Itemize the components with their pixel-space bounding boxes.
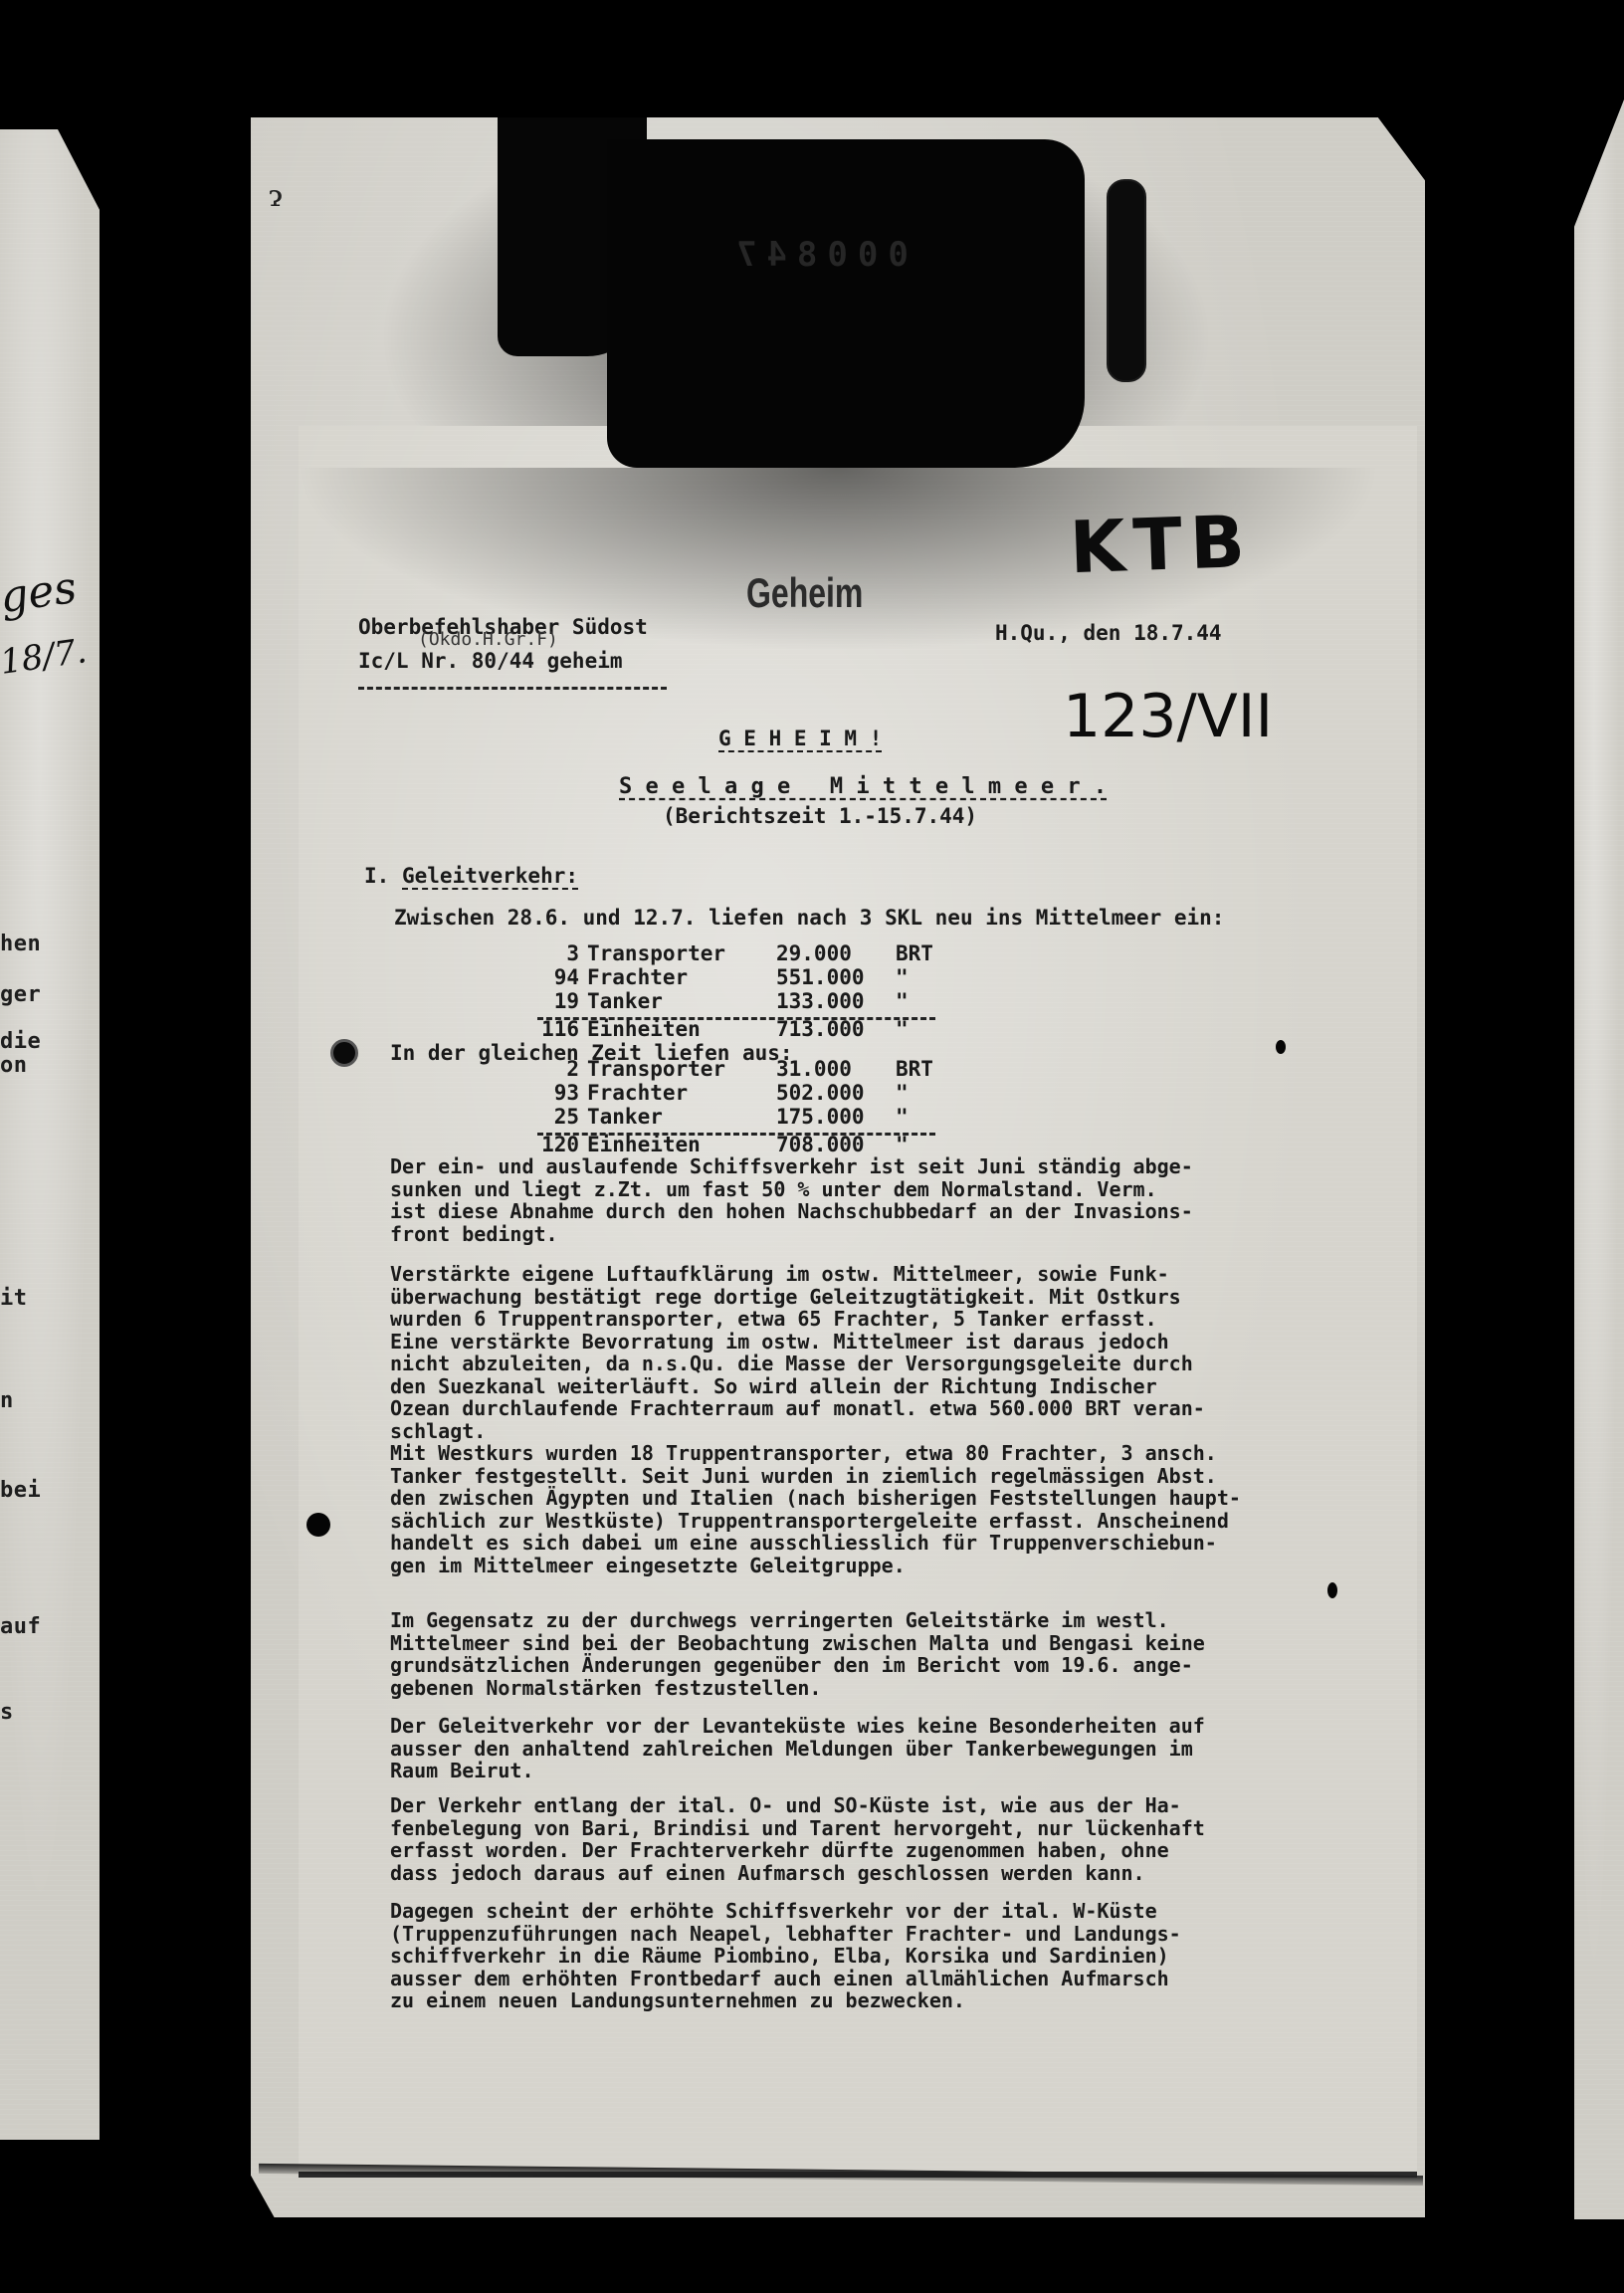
paragraph-line: Eine verstärkte Bevorratung im ostw. Mit…: [390, 1330, 1169, 1355]
paragraph-line: schlagt.: [390, 1419, 486, 1444]
ship-count: 25: [500, 1105, 579, 1129]
paragraph-line: schiffverkehr in die Räume Piombino, Elb…: [390, 1944, 1169, 1969]
left-page-fragment: it: [0, 1286, 28, 1311]
paragraph-line: dass jedoch daraus auf einen Aufmarsch g…: [390, 1861, 1145, 1886]
paragraph-line: Raum Beirut.: [390, 1759, 534, 1783]
tonnage-unit: ": [896, 1081, 909, 1105]
classification-heading: G E H E I M !: [718, 727, 882, 751]
left-page-fragment: die: [0, 1029, 41, 1054]
document-title: S e e l a g e M i t t e l m e e r .: [619, 774, 1107, 799]
paragraph-line: den Suezkanal weiterläuft. So wird allei…: [390, 1374, 1157, 1399]
ship-type: Frachter: [587, 965, 688, 989]
ship-type: Frachter: [587, 1081, 688, 1105]
tonnage: 175.000: [776, 1105, 865, 1129]
paragraph-line: Mittelmeer sind bei der Beobachtung zwis…: [390, 1631, 1205, 1656]
left-page-fragment: bei: [0, 1478, 41, 1503]
tonnage: 133.000: [776, 989, 865, 1013]
paragraph-line: Verstärkte eigene Luftaufklärung im ostw…: [390, 1262, 1169, 1287]
ship-count: 2: [500, 1057, 579, 1081]
section-number: I.: [364, 864, 389, 889]
paragraph-line: den zwischen Ägypten und Italien (nach b…: [390, 1486, 1241, 1511]
paragraph-line: Der Geleitverkehr vor der Levanteküste w…: [390, 1714, 1205, 1739]
paragraph-line: grundsätzlichen Änderungen gegenüber den…: [390, 1653, 1193, 1678]
left-adjacent-page: ges 18/7. hen ger die on it n bei auf s: [0, 129, 100, 2140]
stamp-device-wheel: [1107, 179, 1146, 382]
paragraph-line: gebenen Normalstärken festzustellen.: [390, 1676, 821, 1701]
paragraph-line: gen im Mittelmeer eingesetzte Geleitgrup…: [390, 1554, 906, 1578]
tonnage: 708.000: [776, 1133, 865, 1156]
ship-type: Transporter: [587, 941, 725, 965]
ship-count: 3: [500, 941, 579, 965]
paragraph-line: Ozean durchlaufende Frachterraum auf mon…: [390, 1396, 1205, 1421]
tonnage-unit: ": [896, 965, 909, 989]
paragraph-line: (Truppenzuführungen nach Neapel, lebhaft…: [390, 1922, 1181, 1947]
left-page-fragment: on: [0, 1053, 28, 1078]
left-page-fragment: n: [0, 1388, 14, 1413]
paragraph-line: sunken und liegt z.Zt. um fast 50 % unte…: [390, 1177, 1157, 1202]
tonnage: 502.000: [776, 1081, 865, 1105]
ship-count: 19: [500, 989, 579, 1013]
tonnage-unit: ": [896, 989, 909, 1013]
paragraph-line: ausser den anhaltend zahlreichen Meldung…: [390, 1737, 1193, 1762]
stamp-counter: 000847: [726, 235, 909, 275]
ship-count: 120: [500, 1133, 579, 1156]
left-page-fragment: ger: [0, 982, 41, 1007]
section-intro: Zwischen 28.6. und 12.7. liefen nach 3 S…: [394, 906, 1224, 931]
handwritten-file-number: 123/VII: [1063, 682, 1273, 751]
left-page-handwriting-1: ges: [0, 562, 80, 623]
paragraph-line: Tanker festgestellt. Seit Juni wurden in…: [390, 1464, 1217, 1489]
ship-count: 93: [500, 1081, 579, 1105]
ship-type: Einheiten: [587, 1133, 701, 1156]
left-page-handwriting-2: 18/7.: [0, 631, 90, 683]
ship-type: Tanker: [587, 989, 663, 1013]
ink-spot: [1276, 1040, 1286, 1054]
paragraph-line: ausser dem erhöhten Frontbedarf auch ein…: [390, 1967, 1169, 1991]
paragraph-line: Im Gegensatz zu der durchwegs verringert…: [390, 1608, 1169, 1633]
tonnage: 31.000: [776, 1057, 852, 1081]
header-rule: [358, 687, 667, 690]
paragraph-line: front bedingt.: [390, 1222, 558, 1247]
handwritten-ktb: KTB: [1069, 500, 1255, 589]
right-adjacent-page: [1574, 100, 1624, 2219]
sender-line-2: Ic/L Nr. 80/44 geheim: [358, 649, 623, 674]
punch-hole: [330, 1039, 358, 1067]
tonnage-unit: ": [896, 1017, 909, 1041]
left-page-fragment: hen: [0, 932, 41, 956]
paragraph-line: erfasst worden. Der Frachterverkehr dürf…: [390, 1838, 1169, 1863]
tonnage-unit: BRT: [896, 941, 933, 965]
paragraph-line: Der Verkehr entlang der ital. O- und SO-…: [390, 1793, 1181, 1818]
margin-mark: ɂ: [269, 179, 283, 214]
geheim-stamp: Geheim: [746, 569, 863, 617]
left-page-fragment: auf: [0, 1614, 41, 1639]
tonnage-unit: BRT: [896, 1057, 933, 1081]
ship-type: Tanker: [587, 1105, 663, 1129]
paragraph-line: nicht abzuleiten, da n.s.Qu. die Masse d…: [390, 1352, 1193, 1376]
paragraph-line: fenbelegung von Bari, Brindisi und Taren…: [390, 1816, 1205, 1841]
inbound-sum-rule: [537, 1017, 935, 1020]
paragraph-line: Der ein- und auslaufende Schiffsverkehr …: [390, 1154, 1193, 1179]
left-page-fragment: s: [0, 1700, 14, 1725]
tonnage: 713.000: [776, 1017, 865, 1041]
ship-type: Transporter: [587, 1057, 725, 1081]
place-date: H.Qu., den 18.7.44: [995, 621, 1222, 646]
paragraph-line: wurden 6 Truppentransporter, etwa 65 Fra…: [390, 1307, 1157, 1332]
outbound-sum-rule: [537, 1133, 935, 1136]
ship-type: Einheiten: [587, 1017, 701, 1041]
paragraph-line: sächlich zur Westküste) Truppentransport…: [390, 1509, 1229, 1534]
tonnage-unit: ": [896, 1133, 909, 1156]
ship-count: 94: [500, 965, 579, 989]
stamp-device: [607, 139, 1085, 468]
paragraph-line: Mit Westkurs wurden 18 Truppentransporte…: [390, 1441, 1217, 1466]
punch-hole: [306, 1513, 330, 1537]
tonnage-unit: ": [896, 1105, 909, 1129]
paragraph-line: Dagegen scheint der erhöhte Schiffsverke…: [390, 1899, 1157, 1924]
section-heading: Geleitverkehr:: [402, 864, 578, 889]
ink-spot: [1327, 1582, 1337, 1598]
paragraph-line: ist diese Abnahme durch den hohen Nachsc…: [390, 1199, 1193, 1224]
tonnage: 551.000: [776, 965, 865, 989]
ship-count: 116: [500, 1017, 579, 1041]
tonnage: 29.000: [776, 941, 852, 965]
paragraph-line: handelt es sich dabei um eine ausschlies…: [390, 1531, 1217, 1556]
document-subtitle: (Berichtszeit 1.-15.7.44): [663, 804, 977, 829]
paragraph-line: zu einem neuen Landungsunternehmen zu be…: [390, 1988, 965, 2013]
paragraph-line: überwachung bestätigt rege dortige Gelei…: [390, 1285, 1181, 1310]
